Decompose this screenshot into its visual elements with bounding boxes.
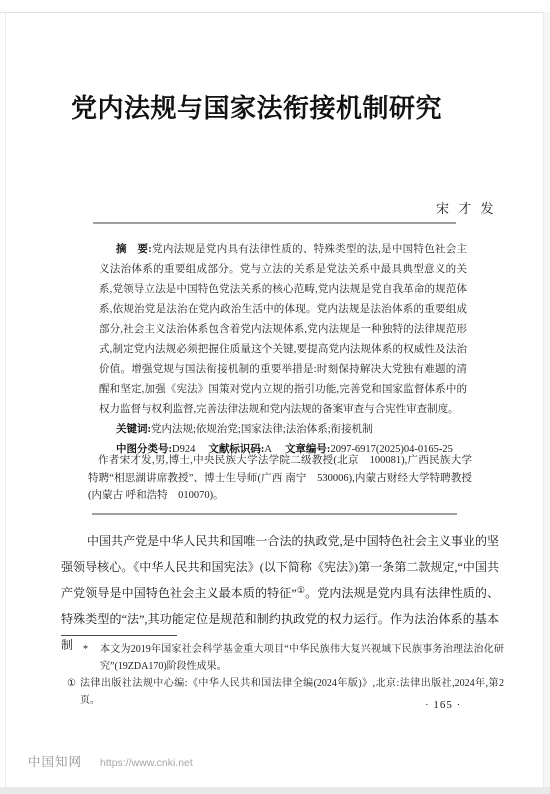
abstract-block: 摘 要:党内法规是党内具有法律性质的、特殊类型的法,是中国特色社会主义法治体系的… — [99, 240, 467, 460]
header-divider — [93, 222, 456, 224]
page-top-edge — [0, 12, 550, 13]
footnote-rule — [61, 635, 177, 636]
footnote-1-marker: ① — [67, 675, 76, 692]
page-right-edge — [543, 12, 550, 787]
author-bio: 作者宋才发,男,博士,中央民族大学法学院二级教授(北京 100081),广西民族… — [88, 452, 472, 505]
cnki-site-name: 中国知网 — [28, 755, 82, 769]
abstract-paragraph: 摘 要:党内法规是党内具有法律性质的、特殊类型的法,是中国特色社会主义法治体系的… — [99, 240, 467, 420]
bio-divider — [92, 513, 457, 515]
footnote-ref-1: ① — [297, 585, 305, 595]
abstract-label: 摘 要: — [116, 244, 152, 255]
page-left-edge — [5, 12, 6, 787]
cnki-watermark: 中国知网https://www.cnki.net — [28, 752, 193, 771]
cnki-url: https://www.cnki.net — [100, 757, 193, 769]
footnote-funding-text: 本文为2019年国家社会科学基金重大项目“中华民族伟大复兴视域下民族事务治理法治… — [100, 644, 504, 672]
page-number: · 165 · — [425, 699, 461, 711]
keywords-text: 党内法规;依规治党;国家法律;法治体系;衔接机制 — [151, 424, 373, 435]
journal-page: 党内法规与国家法衔接机制研究 宋 才 发 摘 要:党内法规是党内具有法律性质的、… — [0, 0, 550, 794]
article-title: 党内法规与国家法衔接机制研究 — [71, 88, 442, 125]
author-name: 宋 才 发 — [436, 198, 497, 217]
abstract-text: 党内法规是党内具有法律性质的、特殊类型的法,是中国特色社会主义法治体系的重要组成… — [99, 244, 467, 415]
footnote-star-marker: * — [83, 641, 88, 658]
body-paragraph: 中国共产党是中华人民共和国唯一合法的执政党,是中国特色社会主义事业的坚强领导核心… — [61, 528, 499, 658]
page-bottom-edge — [0, 787, 550, 794]
keywords-label: 关键词: — [116, 424, 151, 435]
footnote-funding: *本文为2019年国家社会科学基金重大项目“中华民族伟大复兴视域下民族事务治理法… — [100, 641, 504, 675]
keywords-line: 关键词:党内法规;依规治党;国家法律;法治体系;衔接机制 — [99, 420, 467, 440]
